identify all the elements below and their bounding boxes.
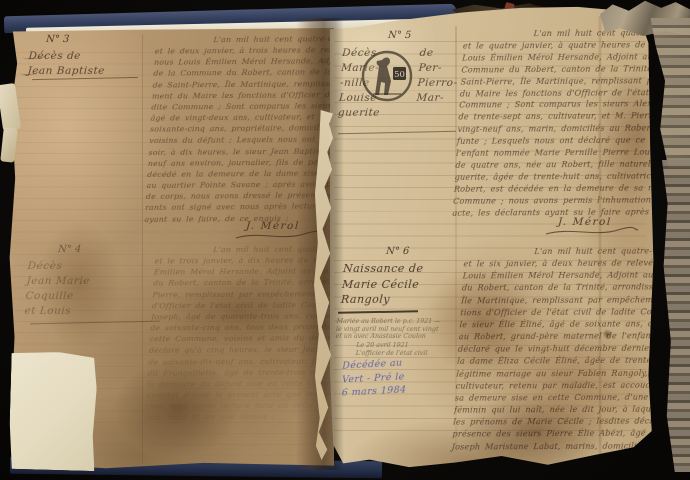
manuscript-line: et le six janvier, à deux heures de rele… [463, 257, 662, 270]
manuscript-line: acte, les déclarants ayant su le faire a… [452, 206, 647, 219]
stamp-value: 50 [394, 70, 405, 80]
entry6-marriage-note-date: Le 20 avril 1921L'officier de l'état civ… [355, 342, 460, 357]
entry3-number: N° 3 [46, 34, 70, 45]
margin-title-line: de [419, 46, 460, 61]
margin-title-line: Jean Marie [26, 274, 90, 289]
entry5-margin-right-words: dePer-Pierro-Mar- [416, 46, 460, 106]
manuscript-line: le sieur Élie Éliné, âgé de soixante ans… [459, 317, 658, 330]
manuscript-line: au Robert, grand-père maternel de l'enfa… [458, 330, 657, 343]
entry6-number: N° 6 [386, 246, 410, 257]
margin-title-line: Décès [27, 259, 91, 274]
pencil-note-line: Le 20 avril 1921 [356, 342, 461, 350]
manuscript-line: cultivateur, retenu par maladie, est acc… [455, 378, 654, 391]
entry6-margin-title: Naissance deMarie CécileRangoly [340, 261, 424, 308]
revenue-stamp: 50 [360, 48, 416, 108]
repair-patch [8, 351, 97, 471]
pencil-note-line: le vingt avril mil neuf cent vingt [336, 326, 461, 334]
margin-title-line: Jean Baptiste [27, 64, 105, 79]
pencil-note-line: et un avec Anastasie Coulon [335, 333, 460, 341]
manuscript-line: Île Martinique, remplissant par empêchem… [461, 293, 660, 306]
entry4-number: N° 4 [58, 244, 82, 255]
pencil-note-line: Mariée au Robert le p.c. 1921 — [336, 318, 461, 326]
manuscript-line: présence des sieurs Pierre Élie Abézi, â… [452, 427, 651, 440]
entry4-margin-title: DécèsJean MarieCoquilleet Louis [24, 259, 92, 319]
stacked-page-edges-side [650, 160, 690, 472]
manuscript-line: les prénoms de Marie Cécile ; lesdites d… [453, 415, 652, 428]
margin-title-line: et Louis [24, 304, 88, 319]
manuscript-line: sa demeure sise en cette Commune, d'une … [454, 390, 653, 403]
manuscript-line: Louis Émilien Mérol Hersande, Adjoint au… [462, 269, 661, 282]
manuscript-line: L'an mil huit cent quatre-vingt-dix [464, 244, 663, 257]
signature-flourish [544, 226, 640, 238]
manuscript-line: Joseph Maristane Labat, marins, domicili… [451, 439, 650, 452]
margin-rule [142, 34, 143, 464]
manuscript-line: tions d'Officier de l'état civil de ladi… [460, 305, 659, 318]
manuscript-line: légitime mariage au sieur Fabien Rangoly… [456, 366, 655, 379]
margin-title-line: Pierro- [417, 76, 458, 91]
margin-title-line: Naissance de [343, 261, 424, 277]
entry6-death-note: Décédée auVert - Pré le6 mars 1984 [342, 356, 407, 400]
pencil-note-line: L'officier de l'état civil [355, 350, 460, 358]
right-page: 8 N° 5 DécèsMarie--nilleLouiseguerite de… [330, 6, 660, 468]
manuscript-line: du Robert, canton de la Trinité, arrondi… [462, 281, 661, 294]
margin-title-line: Mar- [416, 91, 457, 106]
margin-title-line: Coquille [25, 289, 89, 304]
entry3-margin-title: Décès deJean Baptiste [27, 49, 106, 79]
entry5-body-text: L'an mil huit cent quatre-vingt-dixet le… [452, 27, 658, 219]
margin-title-line: Marie Cécile [341, 277, 422, 293]
archival-register-scan: N° 3 Décès deJean Baptiste L'an mil huit… [0, 0, 690, 480]
margin-title-line: Décès de [28, 49, 106, 64]
margin-title-line: Rangoly [340, 292, 421, 308]
manuscript-line: la dame Éliza Cécile Éliné, âgée de tren… [457, 354, 656, 367]
entry5-number: N° 5 [388, 30, 412, 41]
manuscript-line: déclaré que le vingt-huit décembre derni… [458, 342, 657, 355]
entry6-marriage-note: Mariée au Robert le p.c. 1921 —le vingt … [335, 318, 461, 341]
manuscript-line: féminin qui lui naît, née le dit jour, à… [454, 403, 653, 416]
margin-title-line: Per- [418, 61, 459, 76]
entry6-body-text: L'an mil huit cent quatre-vingt-dixet le… [451, 244, 662, 452]
